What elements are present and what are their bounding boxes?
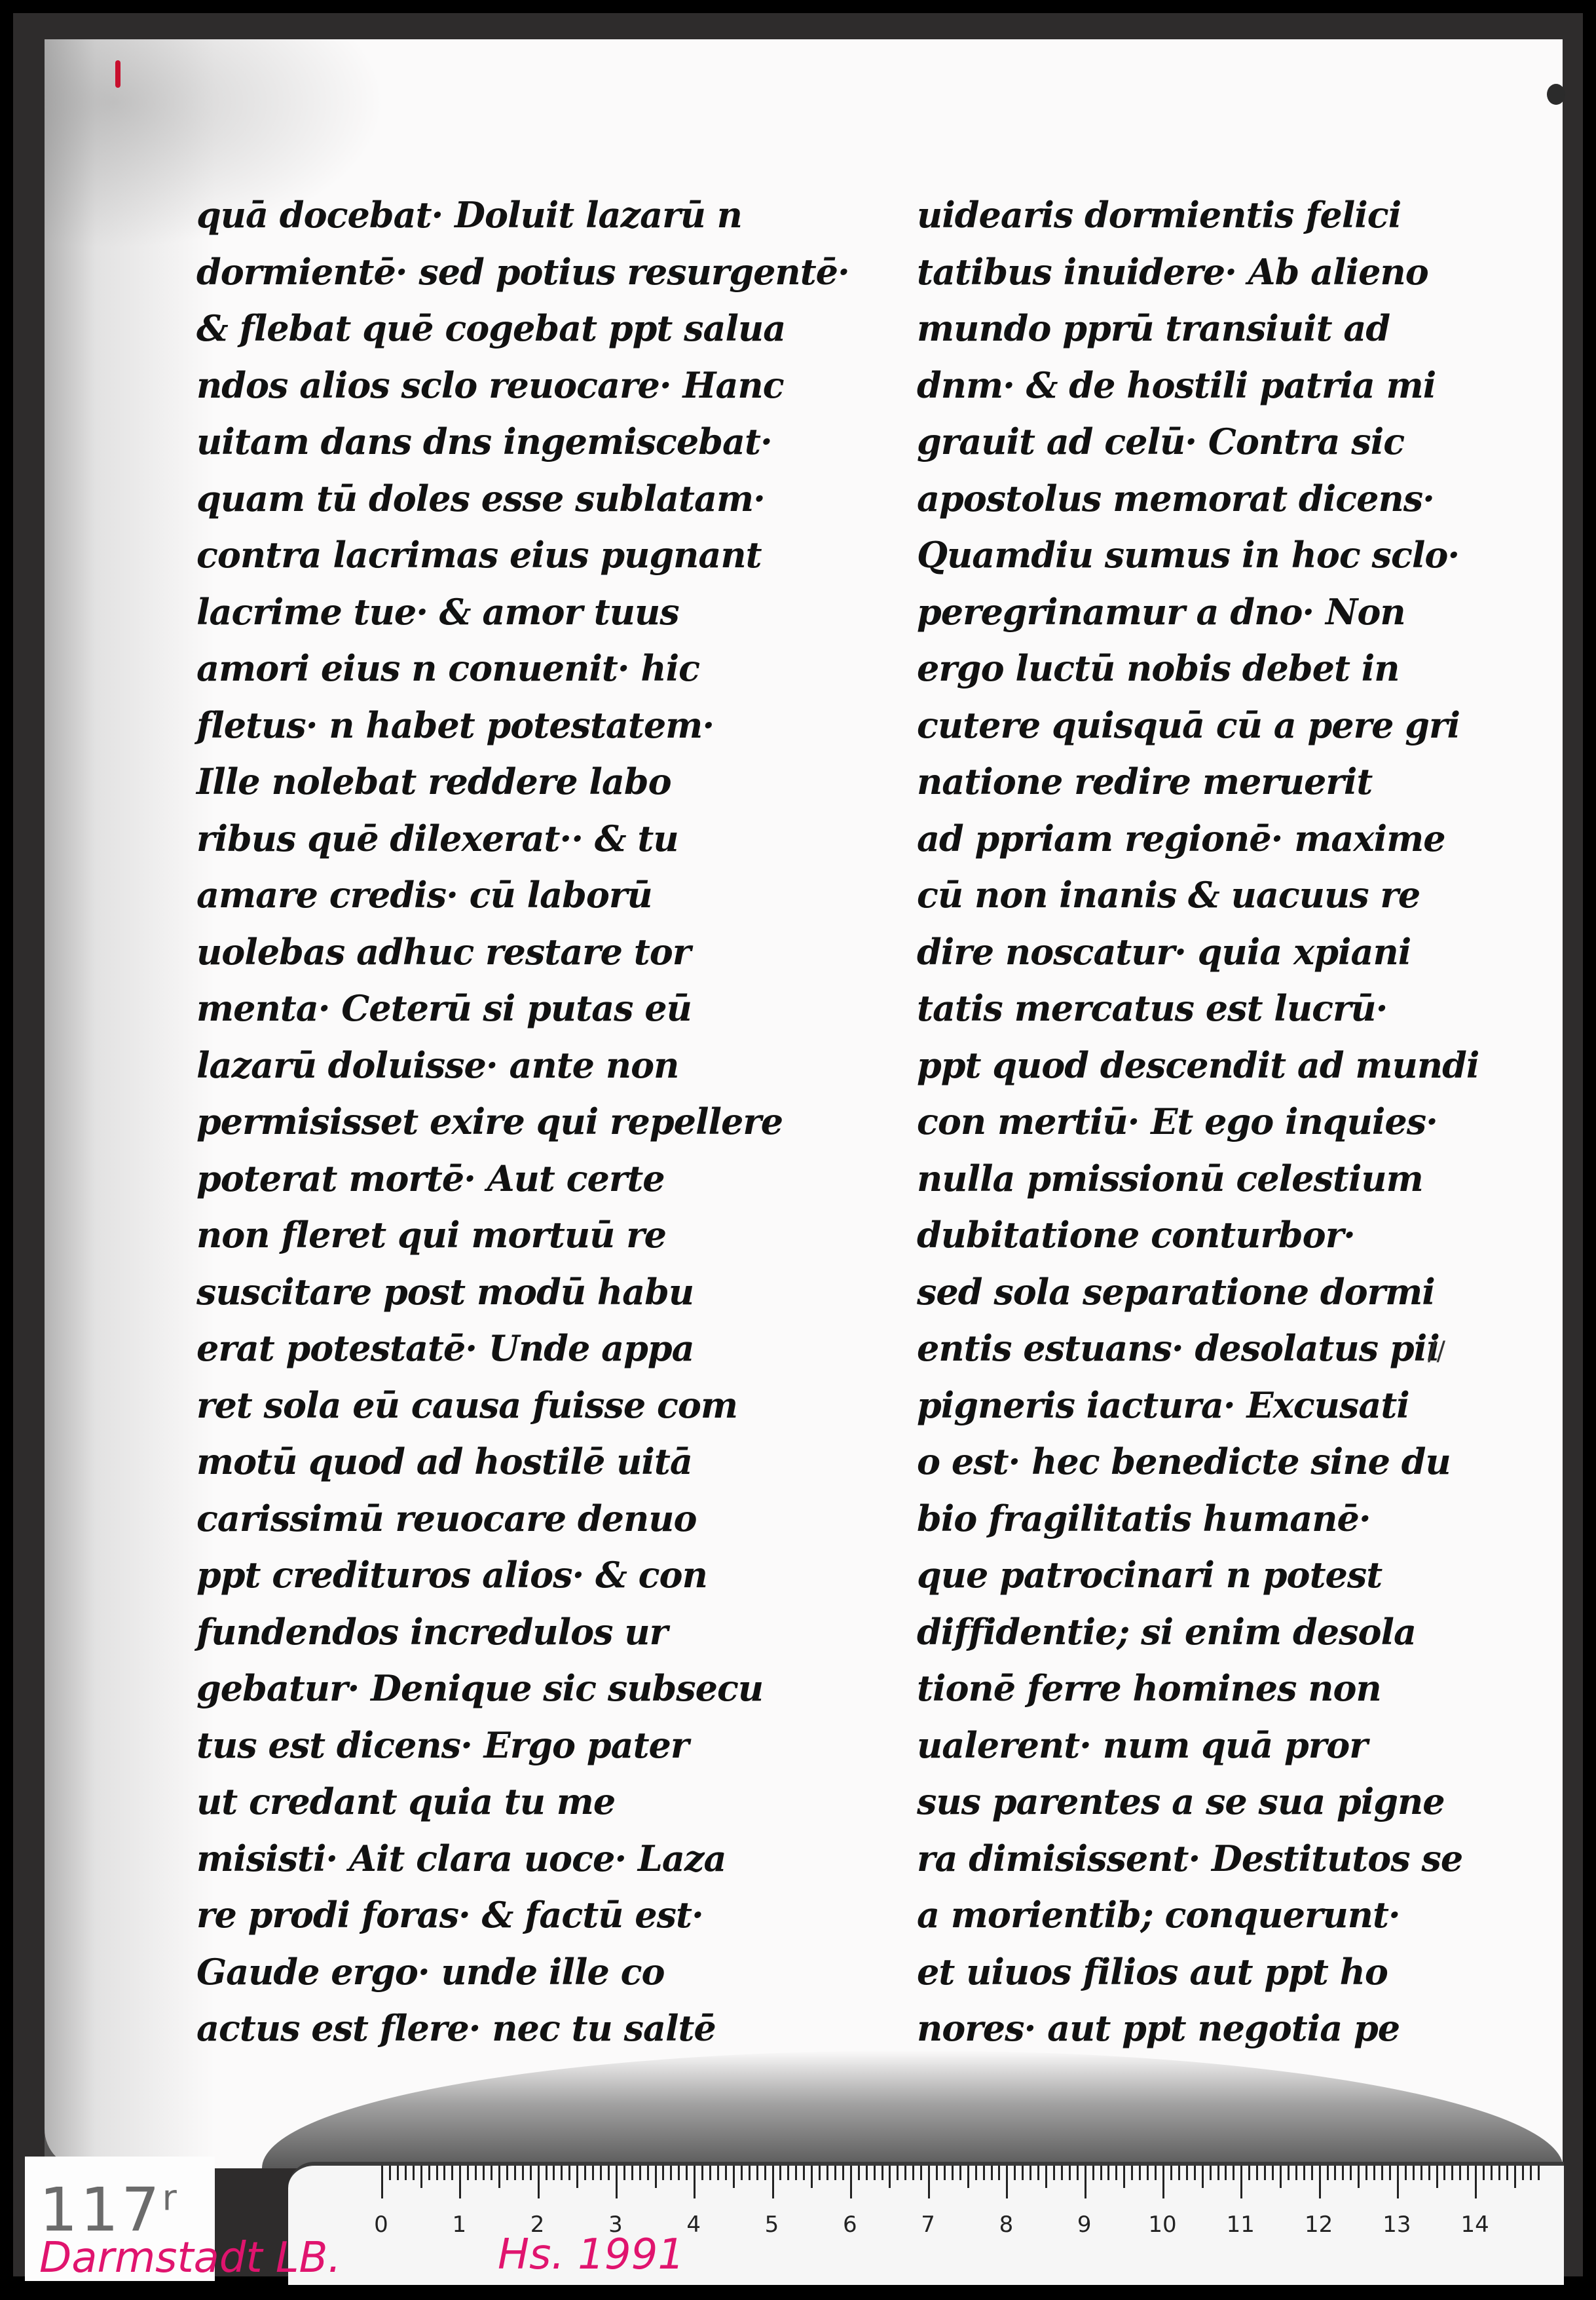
ruler-tick [1006, 2166, 1008, 2198]
ruler-tick [655, 2166, 657, 2188]
text-line: que patrocinari n potest [917, 1547, 1572, 1604]
text-line: ad ppriam regionē· maxime [917, 810, 1572, 867]
ruler-label: 7 [921, 2212, 935, 2238]
text-line: dnm· & de hostili patria mi [917, 357, 1572, 414]
ruler-tick [882, 2166, 883, 2180]
ruler-tick [483, 2166, 485, 2180]
text-line: lazarū doluisse· ante non [196, 1037, 884, 1094]
text-line: permisisset exire qui repellere [196, 1093, 884, 1150]
text-line: quā docebat· Doluit lazarū n [196, 187, 884, 244]
text-line: dire noscatur· quia xpiani [917, 924, 1572, 981]
ruler-tick [428, 2166, 430, 2180]
ruler-tick [1405, 2166, 1407, 2180]
ruler-tick [952, 2166, 954, 2180]
ruler-tick [717, 2166, 719, 2180]
ruler-tick [709, 2166, 711, 2180]
ruler-label: 13 [1383, 2212, 1411, 2238]
text-line: cutere quisquā cū a pere gri [917, 697, 1572, 754]
text-line: tus est dicens· Ergo pater [196, 1717, 884, 1774]
ruler-tick [811, 2166, 813, 2188]
ruler-tick [1061, 2166, 1063, 2180]
ruler-tick [530, 2166, 532, 2180]
text-line: sed sola separatione dormi [917, 1264, 1572, 1321]
ruler-tick [1451, 2166, 1453, 2180]
ruler-tick [1303, 2166, 1305, 2180]
ruler-tick [889, 2166, 891, 2188]
text-column-left: quā docebat· Doluit lazarū ndormientē· s… [196, 187, 884, 2057]
ruler-tick [1264, 2166, 1266, 2180]
ruler-tick [803, 2166, 805, 2180]
text-line: grauit ad celū· Contra sic [917, 413, 1572, 470]
text-line: bio fragilitatis humanē· [917, 1490, 1572, 1547]
text-line: con mertiū· Et ego inquies· [917, 1093, 1572, 1150]
text-line: ergo luctū nobis debet in [917, 640, 1572, 697]
ruler-tick [1498, 2166, 1500, 2180]
text-line: tatibus inuidere· Ab alieno [917, 244, 1572, 301]
text-line: fletus· n habet potestatem· [196, 697, 884, 754]
ruler-tick [1530, 2166, 1532, 2180]
ruler-tick [1475, 2166, 1477, 2198]
ruler-tick [1170, 2166, 1172, 2180]
ruler-tick [920, 2166, 922, 2180]
library-label: Darmstadt LB. [39, 2234, 341, 2282]
ruler-tick [1342, 2166, 1344, 2180]
ruler-tick [1491, 2166, 1493, 2180]
text-line: dubitatione conturbor· [917, 1207, 1572, 1264]
folio-side: r [162, 2177, 179, 2218]
ruler-label: 11 [1227, 2212, 1255, 2238]
ruler-label: 9 [1077, 2212, 1092, 2238]
ruler-tick [553, 2166, 555, 2180]
text-line: uitam dans dns ingemiscebat· [196, 413, 884, 470]
shelfmark-label: Hs. 1991 [498, 2231, 684, 2279]
ruler-tick [568, 2166, 570, 2180]
ruler-tick [858, 2166, 860, 2180]
ruler-tick [592, 2166, 594, 2180]
ruler-label: 14 [1461, 2212, 1489, 2238]
scale-ruler: 01234567891011121314 [288, 2162, 1564, 2285]
text-line: contra lacrimas eius pugnant [196, 527, 884, 584]
ruler-tick [647, 2166, 649, 2180]
ruler-tick [1155, 2166, 1157, 2180]
ruler-tick [819, 2166, 821, 2180]
ruler-tick [1459, 2166, 1461, 2180]
ruler-tick [787, 2166, 789, 2180]
ruler-tick [826, 2166, 828, 2180]
ruler-tick [1280, 2166, 1282, 2188]
ruler-label: 6 [843, 2212, 857, 2238]
ruler-tick [1467, 2166, 1469, 2180]
ruler-tick [991, 2166, 993, 2180]
text-line: poterat mortē· Aut certe [196, 1150, 884, 1207]
ruler-tick [1311, 2166, 1313, 2180]
ruler-tick [694, 2166, 696, 2198]
ruler-tick [1030, 2166, 1031, 2180]
ruler-tick [1350, 2166, 1352, 2180]
ruler-tick [1240, 2166, 1242, 2198]
ruler-tick [772, 2166, 774, 2198]
ruler-tick [1428, 2166, 1430, 2180]
ruler-tick [475, 2166, 477, 2180]
ruler-tick [779, 2166, 781, 2180]
ruler-tick [1256, 2166, 1258, 2180]
text-line: pigneris iactura· Excusati [917, 1377, 1572, 1434]
ruler-tick [1147, 2166, 1149, 2180]
ruler-tick [1115, 2166, 1117, 2180]
ruler-tick [678, 2166, 680, 2180]
ruler-tick [1514, 2166, 1516, 2188]
ruler-tick [1178, 2166, 1180, 2180]
ruler-tick [381, 2166, 383, 2198]
ruler-tick [1538, 2166, 1540, 2180]
ruler-tick [1225, 2166, 1227, 2180]
text-line: tatis mercatus est lucrū· [917, 980, 1572, 1037]
ruler-tick [1436, 2166, 1438, 2188]
text-line: mundo pprū transiuit ad [917, 300, 1572, 357]
text-line: Quamdiu sumus in hoc sclo· [917, 527, 1572, 584]
ruler-tick [1327, 2166, 1329, 2180]
ruler-tick [1139, 2166, 1141, 2180]
page-hole [1547, 84, 1565, 105]
ruler-tick [1373, 2166, 1375, 2180]
ruler-tick [959, 2166, 961, 2180]
text-line: apostolus memorat dicens· [917, 470, 1572, 527]
text-line: entis estuans· desolatus pii [917, 1320, 1572, 1377]
text-line: Gaude ergo· unde ille co [196, 1944, 884, 2001]
text-line: ndos alios sclo reuocare· Hanc [196, 357, 884, 414]
ruler-tick [561, 2166, 563, 2180]
ruler-tick [842, 2166, 844, 2180]
text-line: nores· aut ppt negotia pe [917, 2000, 1572, 2057]
ruler-tick [1085, 2166, 1086, 2198]
text-line: sus parentes a se sua pigne [917, 1773, 1572, 1830]
text-line: gebatur· Denique sic subsecu [196, 1660, 884, 1717]
ruler-tick [522, 2166, 524, 2180]
ruler-tick [1248, 2166, 1250, 2180]
text-line: cū non inanis & uacuus re [917, 867, 1572, 924]
ruler-tick [1334, 2166, 1336, 2180]
ruler-tick [764, 2166, 766, 2180]
text-line: & flebat quē cogebat ppt salua [196, 300, 884, 357]
text-line: uidearis dormientis felici [917, 187, 1572, 244]
ruler-tick [967, 2166, 969, 2188]
ruler-tick [670, 2166, 672, 2180]
ruler-tick [756, 2166, 758, 2180]
ruler-tick [506, 2166, 508, 2180]
text-line: suscitare post modū habu [196, 1264, 884, 1321]
ruler-tick [1522, 2166, 1524, 2180]
ruler-tick [975, 2166, 977, 2180]
text-line: nulla pmissionū celestium [917, 1150, 1572, 1207]
ruler-tick [1358, 2166, 1360, 2188]
ruler-tick [1194, 2166, 1196, 2180]
text-line: uolebas adhuc restare tor [196, 924, 884, 981]
ruler-tick [662, 2166, 664, 2180]
text-line: carissimū reuocare denuo [196, 1490, 884, 1547]
ruler-tick [584, 2166, 586, 2180]
ruler-tick [1186, 2166, 1188, 2180]
text-line: ra dimisissent· Destitutos se [917, 1830, 1572, 1887]
text-line: re prodi foras· & factū est· [196, 1887, 884, 1944]
ruler-tick [904, 2166, 906, 2180]
ruler-tick [443, 2166, 445, 2180]
ruler-tick [514, 2166, 516, 2180]
ruler-tick [1288, 2166, 1290, 2180]
text-line: non fleret qui mortuū re [196, 1207, 884, 1264]
ruler-tick [1022, 2166, 1024, 2180]
ruler-tick [1045, 2166, 1047, 2188]
ruler-tick [1365, 2166, 1367, 2180]
text-line: actus est flere· nec tu saltē [196, 2000, 884, 2057]
ruler-tick [451, 2166, 453, 2180]
ruler-tick [498, 2166, 500, 2188]
text-line: menta· Ceterū si putas eū [196, 980, 884, 1037]
ruler-tick [413, 2166, 415, 2180]
ruler-tick [912, 2166, 914, 2180]
text-line: ribus quē dilexerat·· & tu [196, 810, 884, 867]
ruler-tick [1233, 2166, 1234, 2180]
ruler-tick [538, 2166, 540, 2198]
ruler-tick [1319, 2166, 1321, 2198]
ruler-tick [1389, 2166, 1391, 2180]
ruler-tick [1272, 2166, 1274, 2180]
ruler-tick [983, 2166, 985, 2180]
ruler-tick [631, 2166, 633, 2180]
ruler-tick [1131, 2166, 1133, 2180]
ruler-tick [436, 2166, 438, 2180]
ruler-tick [1077, 2166, 1079, 2180]
ruler-tick [467, 2166, 469, 2180]
ruler-tick [1381, 2166, 1383, 2180]
ruler-tick [874, 2166, 876, 2180]
text-line: lacrime tue· & amor tuus [196, 584, 884, 641]
ruler-tick [866, 2166, 868, 2180]
ruler-tick [850, 2166, 852, 2198]
ruler-tick [686, 2166, 688, 2180]
ruler-tick [1295, 2166, 1297, 2180]
ruler-tick [944, 2166, 946, 2180]
red-corner-mark [115, 60, 121, 88]
ruler-tick [405, 2166, 407, 2180]
ruler-tick [1217, 2166, 1219, 2180]
text-line: ut credant quia tu me [196, 1773, 884, 1830]
ruler-tick [1420, 2166, 1422, 2180]
ruler-tick [834, 2166, 836, 2180]
ruler-tick [998, 2166, 1000, 2180]
ruler-tick [749, 2166, 751, 2180]
margin-annotation: // [1428, 1336, 1445, 1367]
ruler-label: 10 [1148, 2212, 1176, 2238]
ruler-tick [733, 2166, 735, 2188]
ruler-tick [1483, 2166, 1485, 2180]
ruler-tick [639, 2166, 641, 2180]
ruler-label: 4 [686, 2212, 701, 2238]
text-column-right: uidearis dormientis felicitatibus inuide… [917, 187, 1572, 2057]
ruler-tick [701, 2166, 703, 2180]
text-line: motū quod ad hostilē uitā [196, 1433, 884, 1490]
ruler-tick [1053, 2166, 1055, 2180]
ruler-tick [1123, 2166, 1125, 2188]
ruler-tick [928, 2166, 930, 2198]
ruler-tick [459, 2166, 461, 2198]
text-line: natione redire meruerit [917, 753, 1572, 810]
ruler-tick [1443, 2166, 1445, 2180]
text-line: o est· hec benedicte sine du [917, 1433, 1572, 1490]
text-line: Ille nolebat reddere labo [196, 753, 884, 810]
ruler-tick [616, 2166, 618, 2198]
ruler-tick [741, 2166, 743, 2180]
ruler-tick [1397, 2166, 1399, 2198]
ruler-tick [608, 2166, 610, 2180]
text-line: ppt credituros alios· & con [196, 1547, 884, 1604]
text-line: peregrinamur a dno· Non [917, 584, 1572, 641]
text-line: amori eius n conuenit· hic [196, 640, 884, 697]
ruler-tick [576, 2166, 578, 2188]
text-line: ret sola eū causa fuisse com [196, 1377, 884, 1434]
text-line: misisti· Ait clara uoce· Laza [196, 1830, 884, 1887]
text-line: diffidentie; si enim desola [917, 1604, 1572, 1661]
ruler-tick [420, 2166, 422, 2188]
ruler-label: 5 [765, 2212, 779, 2238]
ruler-tick [623, 2166, 625, 2180]
ruler-tick [1092, 2166, 1094, 2180]
ruler-tick [1037, 2166, 1039, 2180]
ruler-tick [725, 2166, 727, 2180]
text-line: erat potestatē· Unde appa [196, 1320, 884, 1377]
ruler-tick [936, 2166, 938, 2180]
ruler-tick [546, 2166, 547, 2180]
text-line: a morientib; conquerunt· [917, 1887, 1572, 1944]
ruler-tick [1162, 2166, 1164, 2198]
ruler-tick [397, 2166, 399, 2180]
ruler-tick [389, 2166, 391, 2180]
ruler-tick [1506, 2166, 1508, 2180]
ruler-label: 8 [999, 2212, 1014, 2238]
text-line: dormientē· sed potius resurgentē· [196, 244, 884, 301]
text-line: tionē ferre homines non [917, 1660, 1572, 1717]
text-line: ualerent· num quā pror [917, 1717, 1572, 1774]
ruler-tick [1100, 2166, 1102, 2180]
ruler-tick [795, 2166, 797, 2180]
ruler-label: 0 [374, 2212, 388, 2238]
ruler-label: 12 [1305, 2212, 1333, 2238]
text-line: amare credis· cū laborū [196, 867, 884, 924]
text-line: fundendos incredulos ur [196, 1604, 884, 1661]
ruler-tick [1202, 2166, 1204, 2188]
ruler-tick [600, 2166, 602, 2180]
ruler-tick [897, 2166, 899, 2180]
ruler-tick [1107, 2166, 1109, 2180]
text-line: ppt quod descendit ad mundi [917, 1037, 1572, 1094]
ruler-label: 1 [452, 2212, 466, 2238]
ruler-tick [491, 2166, 492, 2180]
text-line: quam tū doles esse sublatam· [196, 470, 884, 527]
ruler-tick [1413, 2166, 1415, 2180]
ruler-tick [1069, 2166, 1071, 2180]
ruler-tick [1014, 2166, 1016, 2180]
text-line: et uiuos filios aut ppt ho [917, 1944, 1572, 2001]
ruler-tick [1210, 2166, 1212, 2180]
